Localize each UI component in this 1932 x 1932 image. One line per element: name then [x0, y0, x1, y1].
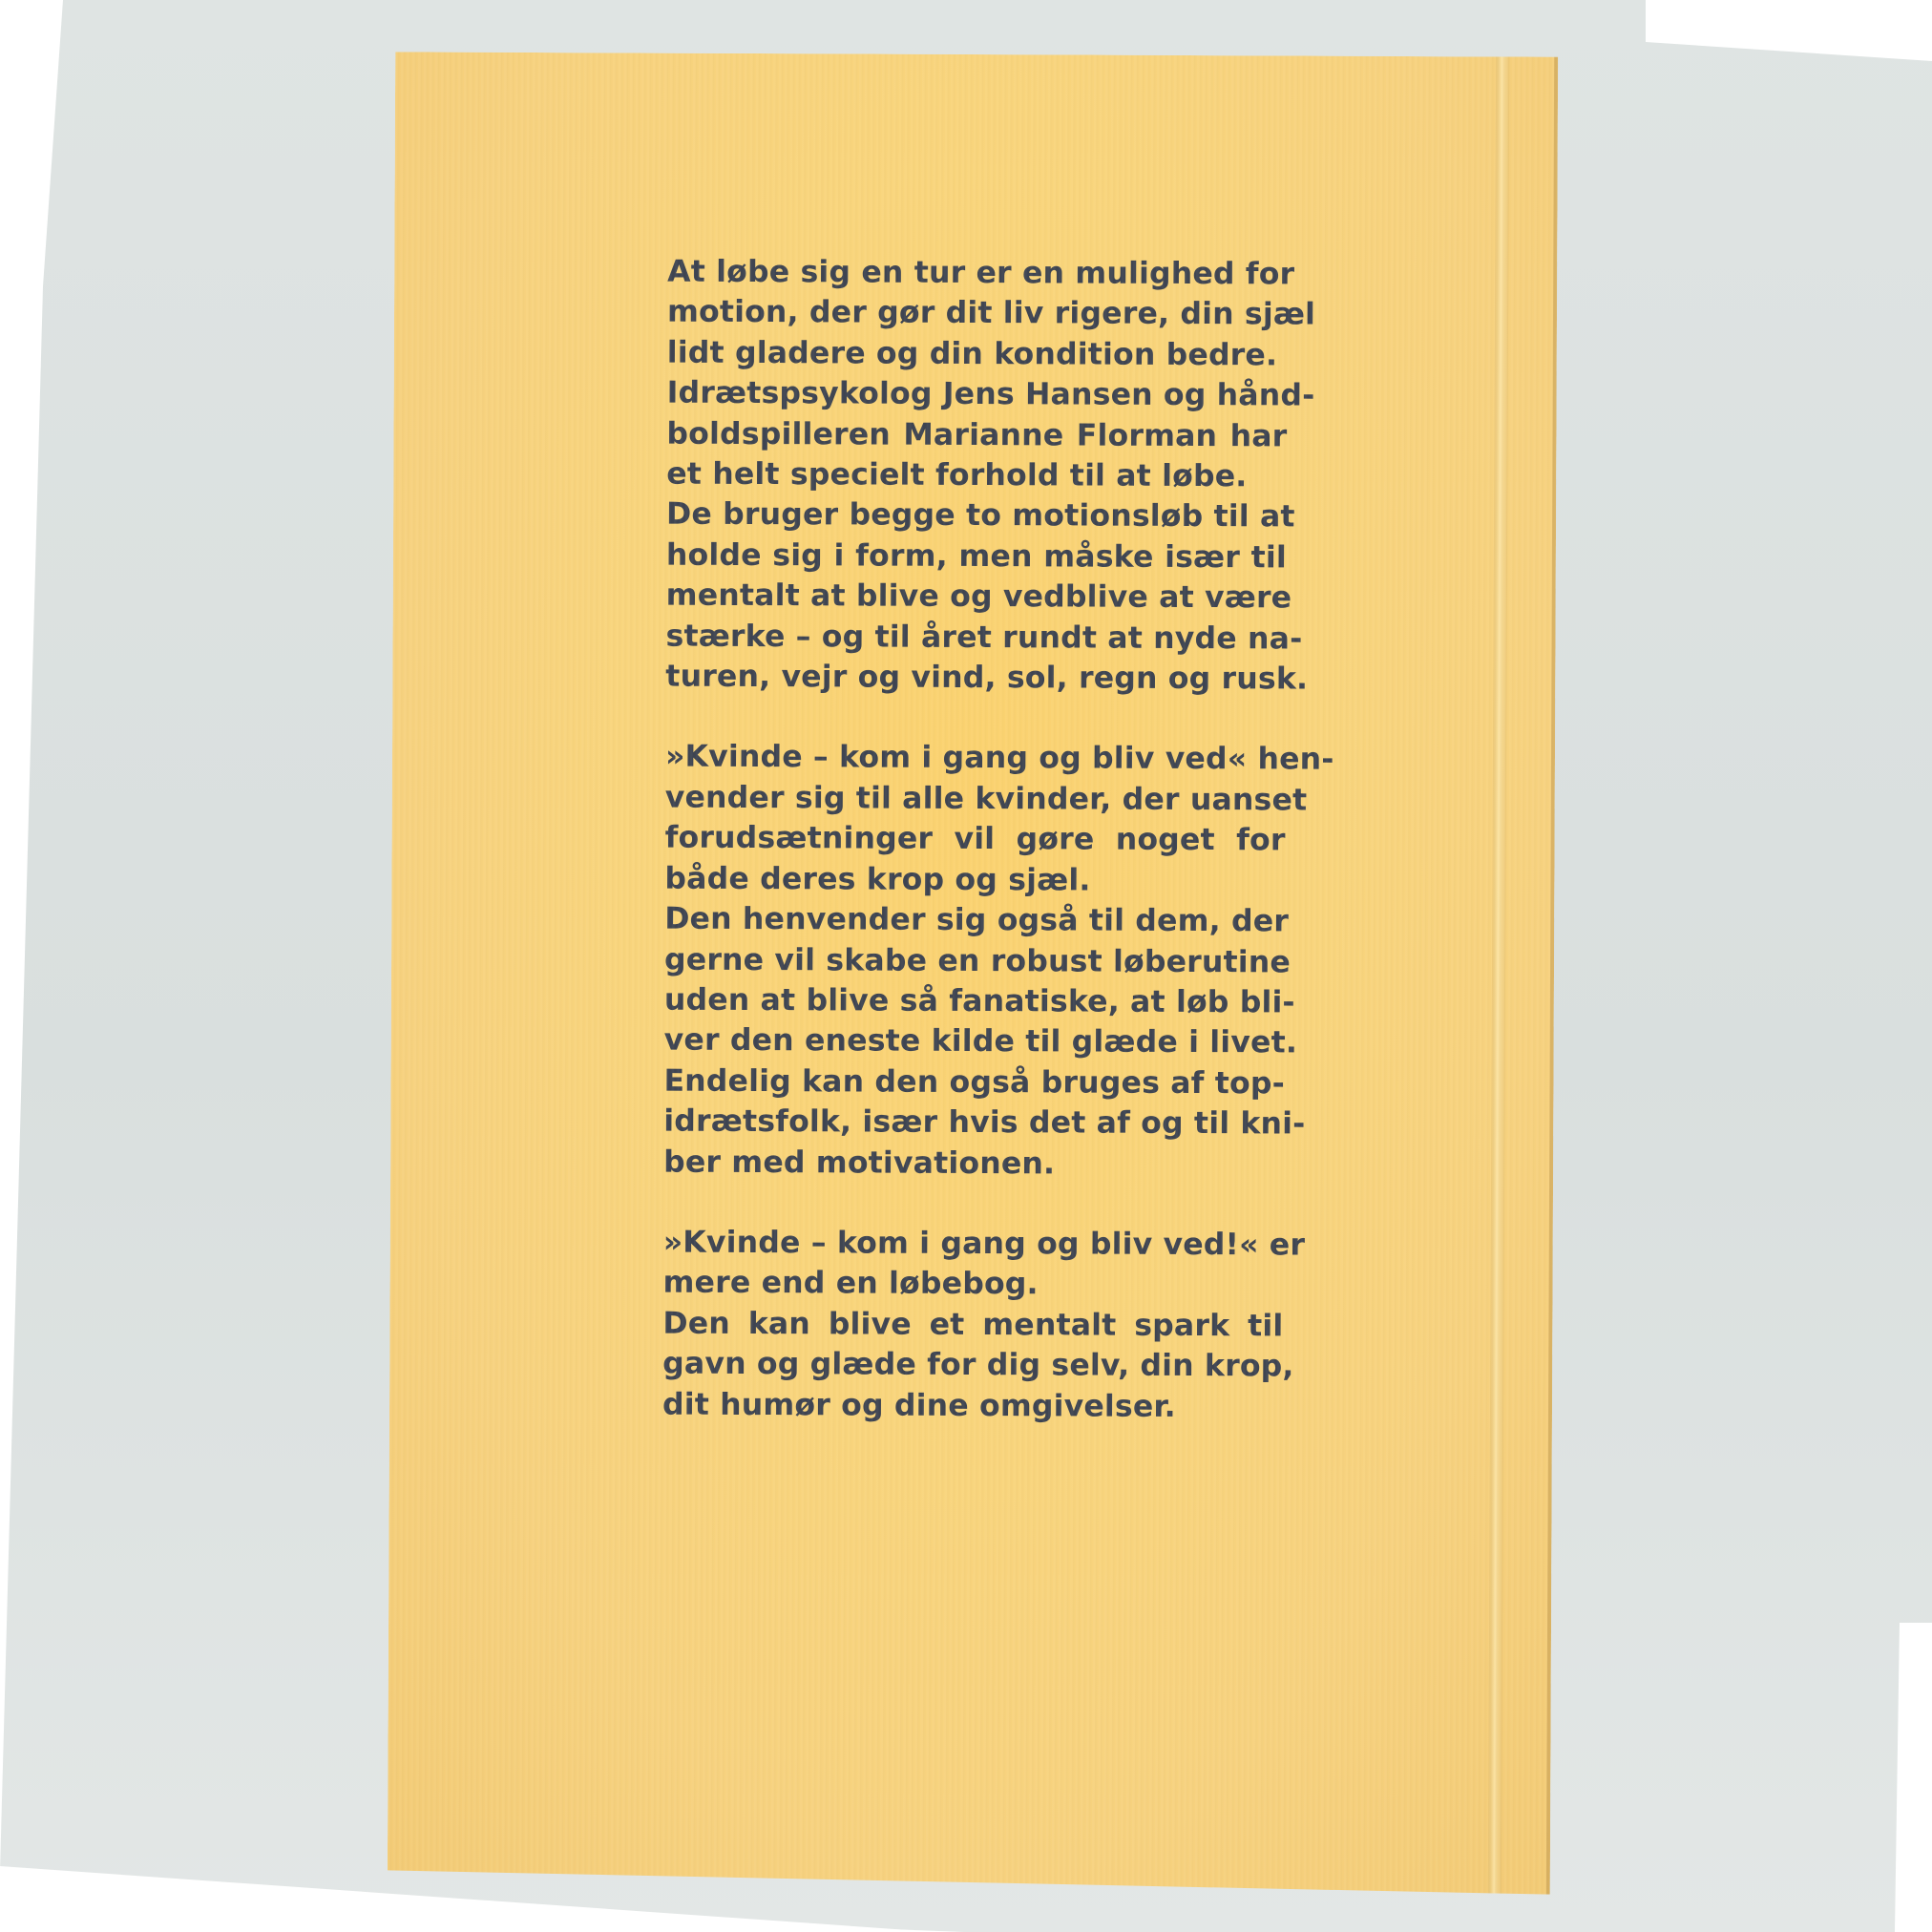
- blurb-line: idrætsfolk, især hvis det af og til kni-: [663, 1102, 1284, 1144]
- blurb-paragraph-2: »Kvinde – kom i gang og bliv ved« hen- v…: [663, 737, 1286, 1185]
- blurb-line: turen, vejr og vind, sol, regn og rusk.: [665, 657, 1286, 700]
- blurb-line: ber med motivationen.: [663, 1142, 1284, 1185]
- blurb-line: holde sig i form, men måske især til: [666, 535, 1287, 577]
- blurb-line: boldspilleren Marianne Florman har: [666, 413, 1287, 456]
- blurb-paragraph-1: At løbe sig en tur er en mulighed for mo…: [665, 252, 1288, 700]
- blurb-line: mere end en løbebog.: [662, 1263, 1283, 1306]
- blurb-line: Idrætspsykolog Jens Hansen og hånd-: [667, 373, 1288, 416]
- blurb-line: »Kvinde – kom i gang og bliv ved« hen-: [665, 737, 1286, 780]
- blurb-line: dit humør og dine omgivelser.: [662, 1384, 1283, 1427]
- blurb-line: Endelig kan den også bruges af top-: [663, 1060, 1284, 1103]
- back-cover-blurb: At løbe sig en tur er en mulighed for mo…: [662, 252, 1289, 1468]
- blurb-line: stærke – og til året rundt at nyde na-: [665, 616, 1286, 659]
- blurb-line: uden at blive så fanatiske, at løb bli-: [664, 979, 1285, 1022]
- blurb-line: vender sig til alle kvinder, der uanset: [665, 777, 1286, 820]
- blurb-paragraph-3: »Kvinde – kom i gang og bliv ved!« er me…: [662, 1223, 1284, 1428]
- blurb-line: Den henvender sig også til dem, der: [664, 899, 1285, 942]
- blurb-line: mentalt at blive og vedblive at være: [666, 576, 1287, 619]
- blurb-line: »Kvinde – kom i gang og bliv ved!« er: [663, 1223, 1284, 1266]
- blurb-line: ver den eneste kilde til glæde i livet.: [664, 1020, 1285, 1063]
- spine-hinge: [1488, 56, 1509, 1894]
- blurb-line: et helt specielt forhold til at løbe.: [666, 454, 1287, 497]
- book-back-cover: At løbe sig en tur er en mulighed for mo…: [388, 52, 1558, 1894]
- photo-scene: At løbe sig en tur er en mulighed for mo…: [0, 0, 1932, 1932]
- blurb-line: Den kan blive et mentalt spark til: [662, 1303, 1283, 1346]
- blurb-line: gavn og glæde for dig selv, din krop,: [662, 1344, 1283, 1387]
- blurb-line: både deres krop og sjæl.: [664, 858, 1285, 901]
- blurb-line: gerne vil skabe en robust løberutine: [664, 939, 1285, 982]
- blurb-line: forudsætninger vil gøre noget for: [665, 818, 1286, 861]
- blurb-line: motion, der gør dit liv rigere, din sjæl: [667, 292, 1288, 335]
- blurb-line: De bruger begge to motionsløb til at: [666, 494, 1287, 537]
- blurb-line: lidt gladere og din kondition bedre.: [667, 332, 1288, 375]
- blurb-line: At løbe sig en tur er en mulighed for: [667, 252, 1288, 295]
